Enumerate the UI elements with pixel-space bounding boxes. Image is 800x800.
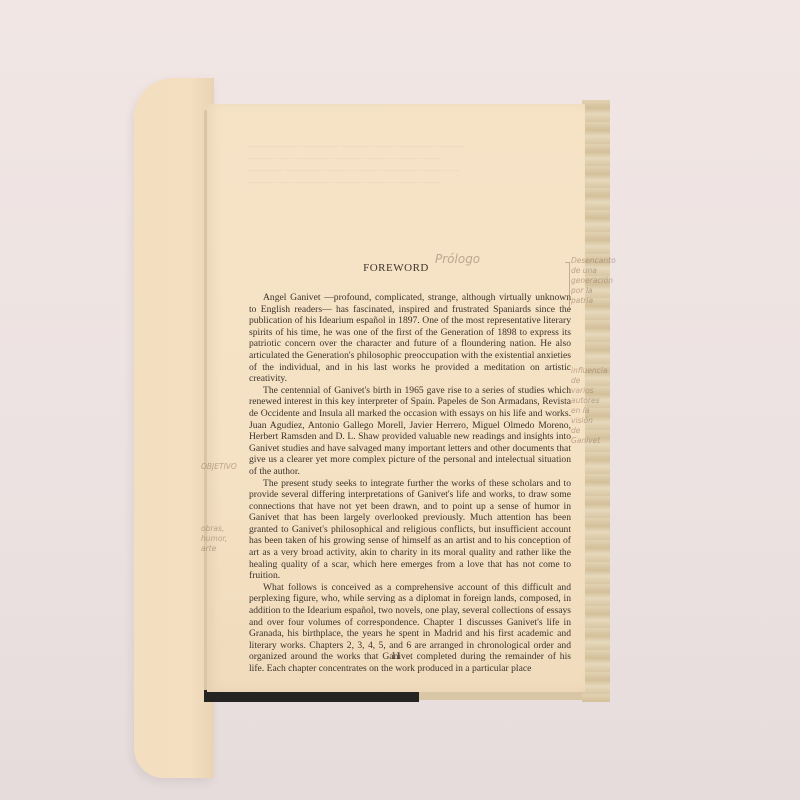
page-title: FOREWORD [207, 262, 585, 274]
book-page: —————— ———— ——— ——— ———— —————— —— ———— … [207, 104, 585, 692]
page-number: 11 [207, 651, 585, 662]
margin-note-left-upper: OBJETIVO [201, 462, 241, 472]
margin-note-right-top: Desencanto de una generación por la patr… [571, 256, 599, 306]
paragraph-3: The present study seeks to integrate fur… [249, 478, 571, 582]
show-through-text: —————— ———— ——— ——— ———— —————— —— ———— … [247, 140, 557, 188]
title-annotation: Prólogo [435, 252, 480, 266]
margin-bracket-right [565, 262, 570, 312]
paragraph-2: The centennial of Ganivet's birth in 196… [249, 385, 571, 478]
margin-note-left-lower: obras, humor, arte [201, 524, 241, 554]
left-page-curl [134, 78, 214, 778]
margin-note-right-middle: influencia de varios autores en la visió… [571, 366, 599, 446]
paragraph-1: Angel Ganivet —profound, complicated, st… [249, 292, 571, 385]
page-body: Angel Ganivet —profound, complicated, st… [249, 292, 571, 675]
